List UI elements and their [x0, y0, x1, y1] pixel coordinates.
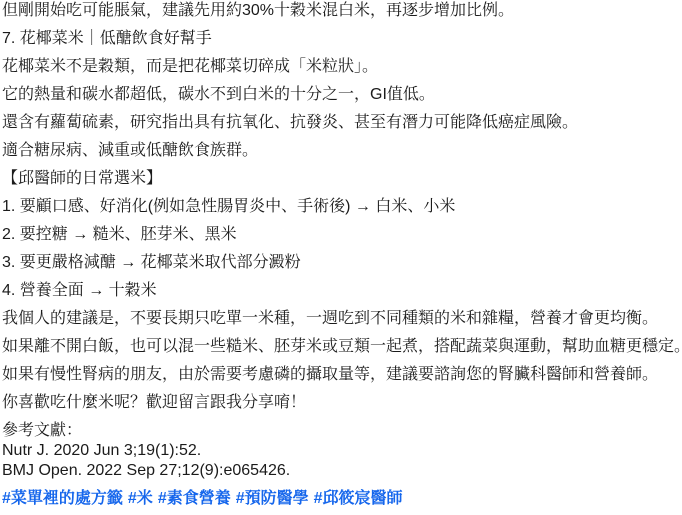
hashtag-link[interactable]: #邱筱宸醫師 — [314, 490, 403, 507]
post-paragraph: 花椰菜米不是穀類，而是把花椰菜切碎成「米粒狀」。 — [2, 57, 674, 77]
post-paragraph: 我個人的建議是，不要長期只吃單一米種，一週吃到不同種類的米和雜糧，營養才會更均衡… — [2, 309, 674, 329]
post-paragraph: 如果有慢性腎病的朋友，由於需要考慮磷的攝取量等，建議要諮詢您的腎臟科醫師和營養師… — [2, 365, 674, 385]
post-body: 但剛開始吃可能脹氣，建議先用約30%十穀米混白米，再逐步增加比例。 7. 花椰菜… — [2, 1, 674, 509]
post-paragraph: 但剛開始吃可能脹氣，建議先用約30%十穀米混白米，再逐步增加比例。 — [2, 1, 674, 21]
list-item-3: 3. 要更嚴格減醣 → 花椰菜米取代部分澱粉 — [2, 253, 674, 273]
hashtag-link[interactable]: #預防醫學 — [236, 490, 309, 507]
hashtag-link[interactable]: #米 — [128, 490, 153, 507]
post-paragraph: 如果離不開白飯，也可以混一些糙米、胚芽米或豆類一起煮，搭配蔬菜與運動，幫助血糖更… — [2, 337, 674, 357]
references-block: 參考文獻： Nutr J. 2020 Jun 3;19(1):52. BMJ O… — [2, 421, 674, 481]
hashtag-link[interactable]: #素食營養 — [158, 490, 231, 507]
section-title-cauliflower-rice: 7. 花椰菜米｜低醣飲食好幫手 — [2, 29, 674, 49]
list-item-2: 2. 要控糖 → 糙米、胚芽米、黑米 — [2, 225, 674, 245]
references-heading: 參考文獻： — [2, 421, 674, 441]
post-paragraph: 它的熱量和碳水都超低，碳水不到白米的十分之一，GI值低。 — [2, 85, 674, 105]
post-paragraph: 還含有蘿蔔硫素，研究指出具有抗氧化、抗發炎、甚至有潛力可能降低癌症風險。 — [2, 113, 674, 133]
hashtag-link[interactable]: #菜單裡的處方籤 — [2, 490, 123, 507]
section-title-doctor-picks: 【邱醫師的日常選米】 — [2, 169, 674, 189]
post-paragraph: 適合糖尿病、減重或低醣飲食族群。 — [2, 141, 674, 161]
list-item-1: 1. 要顧口感、好消化(例如急性腸胃炎中、手術後) → 白米、小米 — [2, 197, 674, 217]
reference-citation: Nutr J. 2020 Jun 3;19(1):52. — [2, 441, 674, 461]
hashtags-row: #菜單裡的處方籤#米#素食營養#預防醫學#邱筱宸醫師 — [2, 489, 674, 509]
reference-citation: BMJ Open. 2022 Sep 27;12(9):e065426. — [2, 461, 674, 481]
post-paragraph: 你喜歡吃什麼米呢？歡迎留言跟我分享唷！ — [2, 393, 674, 413]
list-item-4: 4. 營養全面 → 十穀米 — [2, 281, 674, 301]
